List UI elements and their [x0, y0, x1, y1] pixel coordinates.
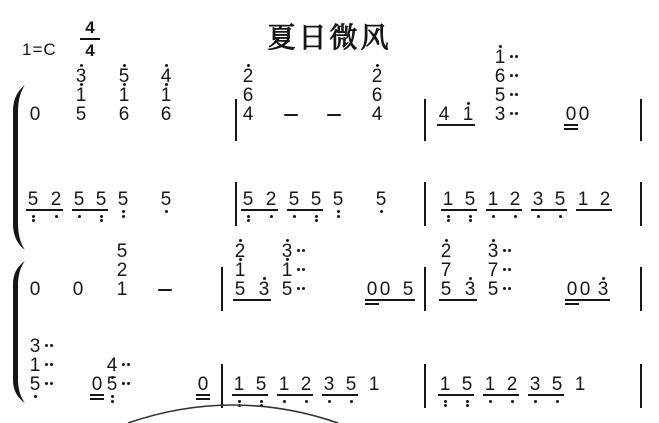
- note-digit: 5: [69, 189, 89, 211]
- note-digit: 2: [595, 189, 615, 211]
- rest-underline: [196, 398, 210, 400]
- note-digit: 6: [238, 85, 258, 107]
- duration-dot: [127, 363, 130, 366]
- octave-dot-above: [247, 64, 250, 67]
- duration-dot: [515, 55, 518, 58]
- rest-underline: [90, 398, 104, 400]
- octave-dot-below: [447, 219, 450, 222]
- held-note-dash: [327, 114, 341, 116]
- note-digit: 4: [102, 355, 122, 377]
- octave-dot-above: [602, 277, 605, 280]
- duration-dot: [297, 287, 300, 290]
- barline: [221, 364, 222, 408]
- note-digit: 0: [68, 279, 88, 301]
- beam-line: [72, 209, 108, 211]
- note-digit: 1: [573, 189, 593, 211]
- note-digit: 1: [71, 85, 91, 107]
- octave-dot-below: [247, 215, 250, 218]
- note-digit: 3: [319, 374, 339, 396]
- note-digit: 0: [575, 279, 595, 301]
- octave-dot-below: [32, 219, 35, 222]
- octave-dot-below: [78, 215, 81, 218]
- octave-dot-above: [492, 239, 495, 242]
- duration-dot: [45, 382, 48, 385]
- beam-line: [565, 299, 610, 301]
- note-digit: 5: [490, 85, 510, 107]
- beam-line: [441, 209, 477, 211]
- note-digit: 1: [570, 374, 590, 396]
- note-digit: 5: [550, 189, 570, 211]
- note-digit: 5: [457, 374, 477, 396]
- barline: [640, 267, 641, 311]
- note-digit: 5: [71, 104, 91, 126]
- octave-dot-above: [286, 239, 289, 242]
- duration-dot: [50, 382, 53, 385]
- note-digit: 1: [230, 260, 250, 282]
- note-digit: 6: [156, 104, 176, 126]
- note-digit: 7: [483, 260, 503, 282]
- beam-line: [365, 299, 415, 301]
- duration-dot: [515, 74, 518, 77]
- note-digit: 5: [483, 279, 503, 301]
- duration-dot: [510, 93, 513, 96]
- note-digit: 1: [438, 189, 458, 211]
- octave-dot-below: [514, 215, 517, 218]
- note-digit: 0: [574, 104, 594, 126]
- barline: [424, 364, 425, 408]
- barline: [235, 99, 236, 141]
- duration-dot: [515, 112, 518, 115]
- note-digit: 5: [436, 279, 456, 301]
- octave-dot-below: [315, 215, 318, 218]
- duration-dot: [297, 249, 300, 252]
- octave-dot-below: [556, 400, 559, 403]
- note-digit: 5: [238, 189, 258, 211]
- note-digit: 3: [528, 189, 548, 211]
- beam-line: [531, 209, 567, 211]
- note-digit: 1: [277, 260, 297, 282]
- note-digit: 6: [367, 85, 387, 107]
- octave-dot-above: [80, 64, 83, 67]
- beam-line: [438, 394, 474, 396]
- note-digit: 1: [112, 279, 132, 301]
- duration-dot: [45, 344, 48, 347]
- beam-line: [232, 394, 268, 396]
- note-digit: 2: [436, 241, 456, 263]
- octave-dot-below: [380, 210, 383, 213]
- beam-line: [241, 209, 278, 211]
- note-digit: 5: [23, 189, 43, 211]
- octave-dot-below: [489, 400, 492, 403]
- octave-dot-below: [55, 215, 58, 218]
- note-digit: 5: [113, 189, 133, 211]
- note-digit: 4: [156, 66, 176, 88]
- barline: [221, 267, 222, 311]
- duration-dot: [510, 112, 513, 115]
- duration-dot: [508, 268, 511, 271]
- beam-line: [483, 394, 519, 396]
- sheet-music-page: 1=C 4 4 夏日微风 051361561446246241356100525…: [0, 0, 659, 423]
- note-digit: 5: [277, 279, 297, 301]
- note-digit: 2: [296, 374, 316, 396]
- octave-dot-below: [270, 215, 273, 218]
- octave-dot-below: [469, 215, 472, 218]
- note-digit: 3: [490, 104, 510, 126]
- note-digit: 6: [114, 104, 134, 126]
- octave-dot-below: [537, 215, 540, 218]
- beam-line-extra: [365, 303, 379, 305]
- beam-line: [486, 209, 522, 211]
- held-note-dash: [158, 289, 172, 291]
- duration-dot: [503, 287, 506, 290]
- song-title: 夏日微风: [0, 16, 659, 56]
- note-digit: 5: [328, 189, 348, 211]
- octave-dot-below: [350, 400, 353, 403]
- note-digit: 2: [238, 66, 258, 88]
- octave-dot-below: [466, 404, 469, 407]
- octave-dot-below: [100, 219, 103, 222]
- note-digit: 5: [91, 189, 111, 211]
- note-digit: 5: [341, 374, 361, 396]
- note-digit: 1: [480, 374, 500, 396]
- barline: [424, 182, 425, 226]
- beam-line: [322, 394, 358, 396]
- octave-dot-below: [337, 210, 340, 213]
- duration-dot: [127, 382, 130, 385]
- octave-dot-below: [559, 215, 562, 218]
- note-digit: 5: [251, 374, 271, 396]
- note-digit: 0: [375, 279, 395, 301]
- rest-underline: [196, 394, 210, 396]
- note-digit: 1: [229, 374, 249, 396]
- beam-line-extra: [565, 303, 579, 305]
- note-digit: 7: [436, 260, 456, 282]
- octave-dot-above: [445, 239, 448, 242]
- note-digit: 2: [112, 260, 132, 282]
- duration-dot: [297, 268, 300, 271]
- beam-line: [287, 209, 323, 211]
- note-digit: 1: [483, 189, 503, 211]
- note-digit: 5: [114, 66, 134, 88]
- note-digit: 3: [525, 374, 545, 396]
- octave-dot-above: [165, 64, 168, 67]
- barline: [235, 182, 236, 226]
- duration-dot: [122, 363, 125, 366]
- duration-dot: [122, 382, 125, 385]
- beam-line: [277, 394, 313, 396]
- note-digit: 4: [434, 104, 454, 126]
- note-digit: 2: [261, 189, 281, 211]
- octave-dot-below: [466, 400, 469, 403]
- duration-dot: [510, 74, 513, 77]
- duration-dot: [510, 55, 513, 58]
- note-digit: 5: [284, 189, 304, 211]
- octave-dot-above: [239, 239, 242, 242]
- beam-line: [528, 394, 564, 396]
- note-digit: 4: [367, 104, 387, 126]
- note-digit: 2: [230, 241, 250, 263]
- note-digit: 0: [25, 279, 45, 301]
- note-digit: 3: [483, 241, 503, 263]
- duration-dot: [50, 344, 53, 347]
- note-digit: 5: [306, 189, 326, 211]
- note-digit: 4: [238, 104, 258, 126]
- duration-dot: [503, 249, 506, 252]
- octave-dot-above: [376, 64, 379, 67]
- octave-dot-above: [467, 102, 470, 105]
- beam-line: [576, 209, 612, 211]
- octave-dot-below: [165, 210, 168, 213]
- note-digit: 5: [547, 374, 567, 396]
- note-digit: 5: [230, 279, 250, 301]
- duration-dot: [302, 268, 305, 271]
- note-digit: 3: [277, 241, 297, 263]
- note-digit: 5: [25, 374, 45, 396]
- note-digit: 1: [435, 374, 455, 396]
- duration-dot: [302, 249, 305, 252]
- beam-line: [437, 124, 475, 126]
- held-note-dash: [284, 114, 298, 116]
- octave-dot-below: [111, 376, 114, 379]
- note-digit: 6: [490, 66, 510, 88]
- note-digit: 5: [398, 279, 418, 301]
- note-digit: 1: [490, 47, 510, 69]
- octave-dot-above: [499, 45, 502, 48]
- note-digit: 5: [460, 189, 480, 211]
- beam-line: [439, 299, 477, 301]
- octave-dot-above: [263, 277, 266, 280]
- note-digit: 1: [25, 355, 45, 377]
- note-digit: 2: [367, 66, 387, 88]
- octave-dot-below: [293, 215, 296, 218]
- octave-dot-below: [444, 404, 447, 407]
- barline: [640, 182, 641, 226]
- note-digit: 5: [371, 189, 391, 211]
- note-digit: 3: [593, 279, 613, 301]
- barline: [640, 364, 641, 408]
- duration-dot: [503, 268, 506, 271]
- note-digit: 1: [364, 374, 384, 396]
- note-digit: 2: [46, 189, 66, 211]
- octave-dot-below: [111, 400, 114, 403]
- note-digit: 5: [156, 189, 176, 211]
- duration-dot: [508, 249, 511, 252]
- note-digit: 3: [254, 279, 274, 301]
- rest-underline: [564, 128, 578, 130]
- note-digit: 0: [193, 374, 213, 396]
- octave-dot-below: [247, 219, 250, 222]
- barline: [424, 99, 425, 141]
- octave-dot-below: [469, 219, 472, 222]
- duration-dot: [50, 363, 53, 366]
- octave-dot-above: [123, 64, 126, 67]
- octave-dot-below: [315, 219, 318, 222]
- octave-dot-below: [492, 215, 495, 218]
- duration-dot: [508, 287, 511, 290]
- note-digit: 3: [71, 66, 91, 88]
- note-digit: 1: [458, 104, 478, 126]
- note-digit: 0: [25, 104, 45, 126]
- note-digit: 1: [274, 374, 294, 396]
- note-digit: 5: [112, 241, 132, 263]
- note-digit: 3: [25, 336, 45, 358]
- octave-dot-below: [122, 210, 125, 213]
- octave-dot-below: [511, 400, 514, 403]
- octave-dot-below: [447, 215, 450, 218]
- octave-dot-below: [337, 215, 340, 218]
- barline: [424, 267, 425, 311]
- phrase-slur-arc: [126, 403, 340, 423]
- note-digit: 1: [114, 85, 134, 107]
- octave-dot-below: [34, 395, 37, 398]
- octave-dot-below: [122, 215, 125, 218]
- octave-dot-above: [469, 277, 472, 280]
- duration-dot: [45, 363, 48, 366]
- beam-line: [233, 299, 271, 301]
- barline: [640, 99, 641, 141]
- octave-dot-below: [534, 400, 537, 403]
- octave-dot-below: [100, 215, 103, 218]
- octave-dot-below: [111, 395, 114, 398]
- duration-dot: [302, 287, 305, 290]
- beam-line: [26, 209, 63, 211]
- note-digit: 3: [460, 279, 480, 301]
- octave-dot-below: [32, 215, 35, 218]
- note-digit: 2: [505, 189, 525, 211]
- note-digit: 1: [156, 85, 176, 107]
- duration-dot: [515, 93, 518, 96]
- octave-dot-below: [444, 400, 447, 403]
- note-digit: 2: [502, 374, 522, 396]
